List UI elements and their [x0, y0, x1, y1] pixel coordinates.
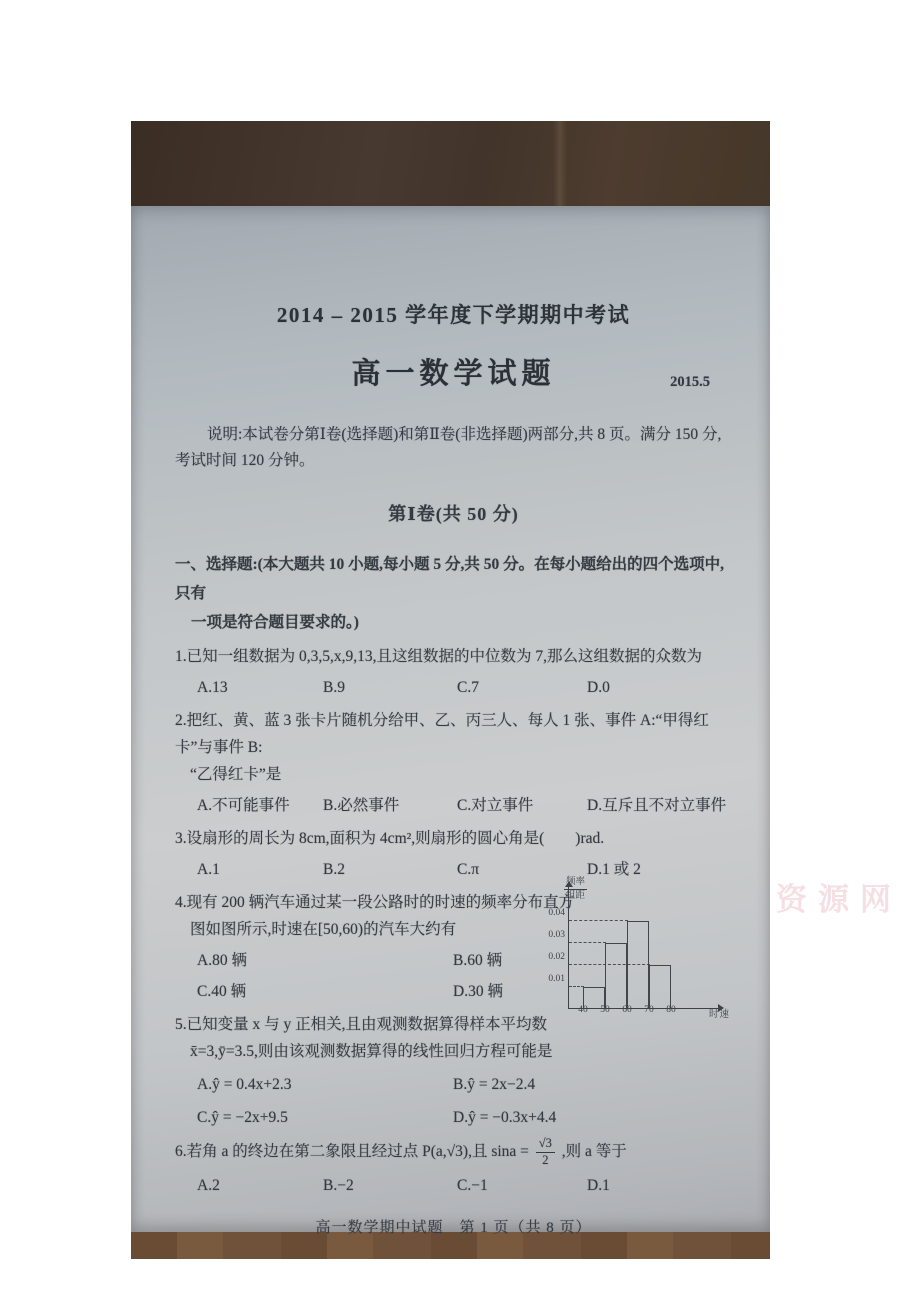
y-tick-label: 0.04	[537, 900, 565, 927]
question-6-options: A.2 B.−2 C.−1 D.1	[175, 1172, 732, 1199]
fraction-numerator: √3	[536, 1137, 555, 1153]
gridline	[569, 986, 584, 987]
option-a: A.ŷ = 0.4x+2.3	[197, 1071, 453, 1098]
option-d: D.互斥且不对立事件	[587, 792, 732, 819]
y-axis-arrow-icon	[565, 881, 573, 887]
question-5: 5.已知变量 x 与 y 正相关,且由观测数据算得样本平均数 x̄=3,ȳ=3.…	[175, 1011, 732, 1131]
question-1-stem: 1.已知一组数据为 0,3,5,x,9,13,且这组数据的中位数为 7,那么这组…	[175, 643, 732, 670]
question-6-fraction: √3 2	[536, 1137, 555, 1168]
gridline	[569, 942, 606, 943]
question-1-options: A.13 B.9 C.7 D.0	[175, 674, 732, 701]
question-5-options-row-1: A.ŷ = 0.4x+2.3 B.ŷ = 2x−2.4	[175, 1071, 732, 1098]
question-6: 6.若角 a 的终边在第二象限且经过点 P(a,√3),且 sina = √3 …	[175, 1137, 732, 1199]
question-2-stem: 2.把红、黄、蓝 3 张卡片随机分给甲、乙、丙三人、每人 1 张、事件 A:“甲…	[175, 707, 732, 788]
option-b: B.2	[323, 856, 457, 883]
exam-title: 2014 – 2015 学年度下学期期中考试	[175, 302, 732, 328]
option-a: A.2	[197, 1172, 323, 1199]
question-3: 3.设扇形的周长为 8cm,面积为 4cm²,则扇形的圆心角是( )rad. A…	[175, 825, 732, 883]
option-a: A.不可能事件	[197, 792, 323, 819]
option-c: C.7	[457, 674, 587, 701]
question-4-stem: 4.现有 200 辆汽车通过某一段公路时的时速的频率分布直方 图如图所示,时速在…	[175, 889, 583, 943]
question-3-stem: 3.设扇形的周长为 8cm,面积为 4cm²,则扇形的圆心角是( )rad.	[175, 825, 732, 852]
option-a: A.1	[197, 856, 323, 883]
histogram-plot: 0.010.020.030.044050607080	[568, 905, 706, 1009]
question-2-stem-line-1: 2.把红、黄、蓝 3 张卡片随机分给甲、乙、丙三人、每人 1 张、事件 A:“甲…	[175, 707, 732, 761]
option-d: D.0	[587, 674, 732, 701]
option-a: A.13	[197, 674, 323, 701]
page-footer: 高一数学期中试题 第 1 页（共 8 页）	[175, 1215, 732, 1242]
option-c: C.ŷ = −2x+9.5	[197, 1104, 453, 1131]
histogram-bar	[627, 921, 649, 1009]
question-2: 2.把红、黄、蓝 3 张卡片随机分给甲、乙、丙三人、每人 1 张、事件 A:“甲…	[175, 707, 732, 819]
option-c: C.40 辆	[197, 978, 453, 1005]
option-c: C.对立事件	[457, 792, 587, 819]
gridline	[569, 920, 628, 921]
option-b: B.9	[323, 674, 457, 701]
photo-of-exam-paper: 2014 – 2015 学年度下学期期中考试 高一数学试题 2015.5 说明:…	[131, 121, 770, 1259]
fraction-denominator: 2	[536, 1153, 555, 1168]
question-4-stem-line-1: 4.现有 200 辆汽车通过某一段公路时的时速的频率分布直方	[175, 889, 583, 916]
exam-subtitle: 高一数学试题	[175, 354, 732, 394]
note-line-1: 说明:本试卷分第Ⅰ卷(选择题)和第Ⅱ卷(非选择题)两部分,共 8 页。满分 15…	[175, 422, 732, 448]
exam-note: 说明:本试卷分第Ⅰ卷(选择题)和第Ⅱ卷(非选择题)两部分,共 8 页。满分 15…	[175, 422, 732, 474]
option-c: C.−1	[457, 1172, 587, 1199]
choice-section-instructions: 一、选择题:(本大题共 10 小题,每小题 5 分,共 50 分。在每小题给出的…	[175, 550, 732, 637]
subtitle-row: 高一数学试题 2015.5	[175, 354, 732, 394]
note-line-2: 考试时间 120 分钟。	[175, 448, 732, 474]
frequency-histogram: 频率 组距 0.010.020.030.044050607080 时速	[538, 877, 730, 1033]
exam-paper: 2014 – 2015 学年度下学期期中考试 高一数学试题 2015.5 说明:…	[131, 206, 770, 1232]
y-axis	[568, 885, 569, 1009]
paper-content: 2014 – 2015 学年度下学期期中考试 高一数学试题 2015.5 说明:…	[131, 206, 770, 1232]
question-4-stem-line-2: 图如图所示,时速在[50,60)的汽车大约有	[175, 916, 583, 943]
question-6-stem-prefix: 6.若角 a 的终边在第二象限且经过点 P(a,√3),且 sina =	[175, 1143, 529, 1160]
exam-date: 2015.5	[670, 369, 710, 396]
option-a: A.80 辆	[197, 947, 453, 974]
question-5-options-row-2: C.ŷ = −2x+9.5 D.ŷ = −0.3x+4.4	[175, 1104, 732, 1131]
question-6-stem-suffix: ,则 a 等于	[562, 1143, 627, 1160]
section-title: 第Ⅰ卷(共 50 分)	[175, 502, 732, 526]
option-d: D.1	[587, 1172, 732, 1199]
instructions-line-2: 一项是符合题目要求的。)	[175, 608, 732, 637]
question-2-stem-line-2: “乙得红卡”是	[175, 761, 732, 788]
option-b: B.−2	[323, 1172, 457, 1199]
option-b: B.ŷ = 2x−2.4	[453, 1071, 732, 1098]
option-d: D.ŷ = −0.3x+4.4	[453, 1104, 732, 1131]
question-5-stem-line-2: x̄=3,ȳ=3.5,则由该观测数据算得的线性回归方程可能是	[175, 1038, 595, 1065]
site-watermark: 资源网	[776, 874, 902, 919]
instructions-line-1: 一、选择题:(本大题共 10 小题,每小题 5 分,共 50 分。在每小题给出的…	[175, 550, 732, 608]
question-5-stem-line-1: 5.已知变量 x 与 y 正相关,且由观测数据算得样本平均数	[175, 1011, 595, 1038]
question-6-stem: 6.若角 a 的终边在第二象限且经过点 P(a,√3),且 sina = √3 …	[175, 1137, 732, 1168]
question-2-options: A.不可能事件 B.必然事件 C.对立事件 D.互斥且不对立事件	[175, 792, 732, 819]
question-1: 1.已知一组数据为 0,3,5,x,9,13,且这组数据的中位数为 7,那么这组…	[175, 643, 732, 701]
question-4: 4.现有 200 辆汽车通过某一段公路时的时速的频率分布直方 图如图所示,时速在…	[175, 889, 732, 1005]
table-surface-top	[131, 121, 770, 206]
option-b: B.必然事件	[323, 792, 457, 819]
question-5-stem: 5.已知变量 x 与 y 正相关,且由观测数据算得样本平均数 x̄=3,ȳ=3.…	[175, 1011, 595, 1065]
